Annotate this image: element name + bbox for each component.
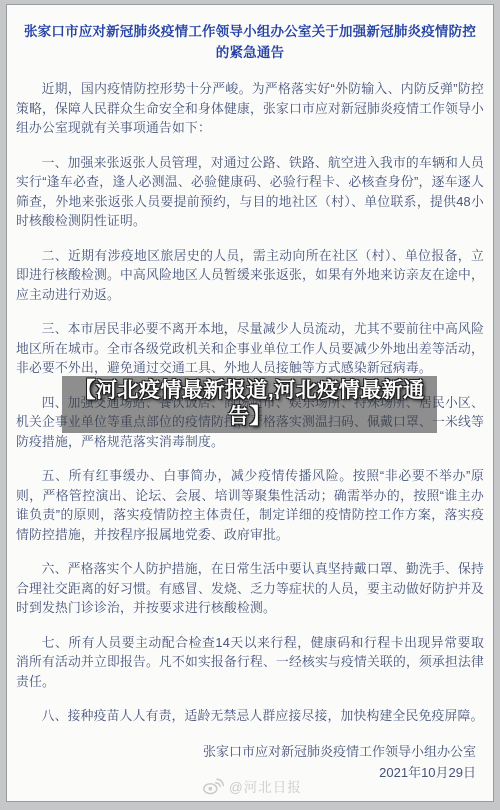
notice-item-8: 八、接种疫苗人人有责，适龄无禁忌人群应接尽接，加快构建全民免疫屏障。 [16, 706, 484, 726]
notice-item-5: 五、所有红事缓办、白事简办，减少疫情传播风险。按照“非必要不举办”原则，严格管控… [16, 466, 484, 544]
seo-watermark-banner: 【河北疫情最新报道,河北疫情最新通告】 [62, 376, 437, 433]
notice-item-7: 七、所有人员要主动配合检查14天以来行程，健康码和行程卡出现异常要取消所有活动并… [16, 633, 484, 692]
notice-item-1: 一、加强来张返张人员管理，对通过公路、铁路、航空进入我市的车辆和人员实行“逢车必… [16, 153, 484, 231]
source-watermark: @河北日报 [202, 776, 302, 796]
notice-paragraph-intro: 近期，国内疫情防控形势十分严峻。为严格落实好“外防输入、内防反弹”防控策略，保障… [16, 79, 484, 138]
notice-item-6: 六、严格落实个人防护措施，在日常生活中要认真坚持戴口罩、勤洗手、保持合理社交距离… [16, 559, 484, 618]
signature-office: 张家口市应对新冠肺炎疫情工作领导小组办公室 [16, 741, 476, 762]
notice-item-2: 二、近期有涉疫地区旅居史的人员，需主动向所在社区（村）、单位报备，立即进行核酸检… [16, 246, 484, 305]
source-watermark-handle: @河北日报 [229, 776, 302, 796]
notice-item-3: 三、本市居民非必要不离开本地，尽量减少人员流动，尤其不要前往中高风险地区所在城市… [16, 319, 484, 378]
notice-title: 张家口市应对新冠肺炎疫情工作领导小组办公室关于加强新冠肺炎疫情防控的紧急通告 [19, 21, 481, 63]
weibo-icon [202, 777, 224, 795]
